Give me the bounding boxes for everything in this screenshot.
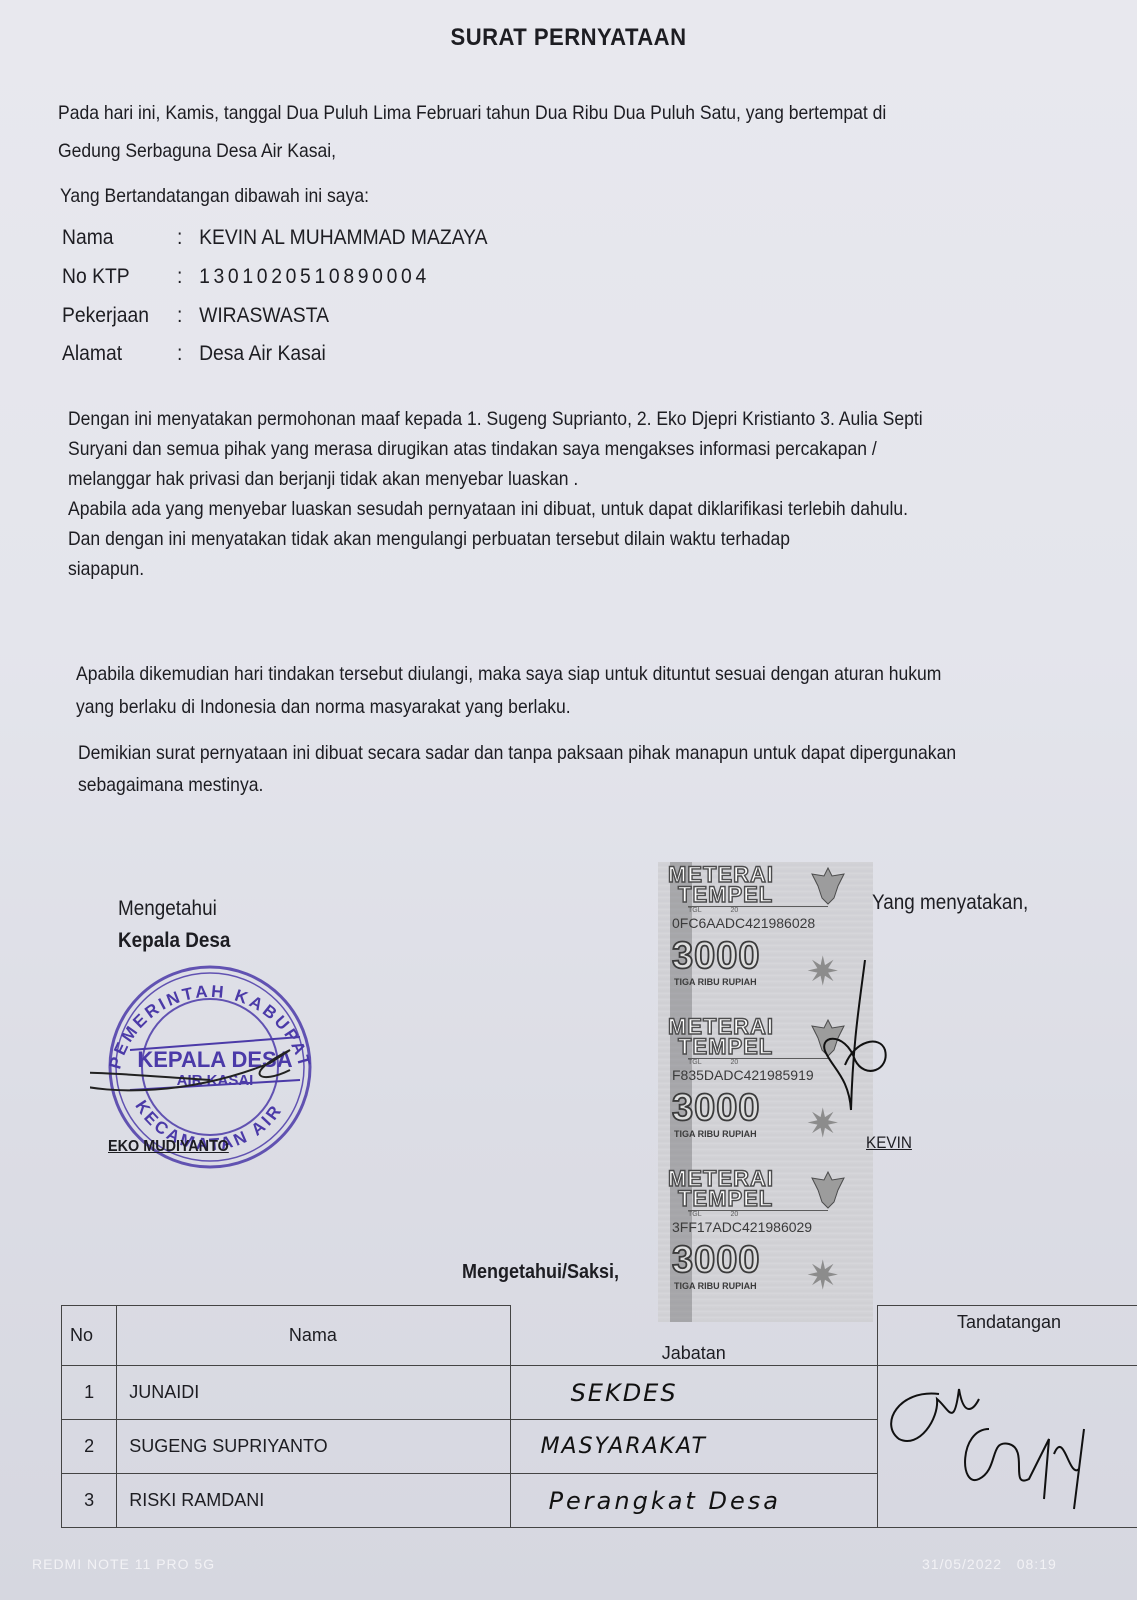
cell-no: 1 (62, 1366, 117, 1420)
statement-line-5: Dan dengan ini menyatakan tidak akan men… (68, 524, 790, 554)
cell-signatures (878, 1366, 1137, 1528)
field-label: No KTP (62, 265, 177, 289)
camera-device-watermark: REDMI NOTE 11 PRO 5G (32, 1556, 215, 1572)
garuda-emblem-icon (808, 864, 848, 908)
statement-line-2: Suryani dan semua pihak yang merasa diru… (68, 434, 877, 464)
cell-position: SEKDES (510, 1366, 877, 1420)
field-value: WIRASWASTA (199, 304, 329, 327)
document-title: SURAT PERNYATAAN (45, 24, 1091, 52)
left-sign-role: Kepala Desa (118, 926, 230, 956)
field-alamat: Alamat:Desa Air Kasai (62, 342, 326, 366)
signer-name: KEVIN (866, 1128, 912, 1158)
camera-datetime-watermark: 31/05/2022 08:19 (922, 1556, 1057, 1572)
cell-position: Perangkat Desa (510, 1474, 877, 1528)
garuda-emblem-icon (808, 1168, 848, 1212)
header-tandatangan: Tandatangan (878, 1306, 1137, 1366)
table-header-row: No Nama Jabatan Tandatangan (62, 1306, 1137, 1366)
field-value: 1301020510890004 (199, 265, 430, 288)
consequence-line-1: Apabila dikemudian hari tindakan tersebu… (76, 659, 941, 689)
field-pekerjaan: Pekerjaan:WIRASWASTA (62, 304, 329, 328)
field-label: Alamat (62, 342, 177, 366)
star-emblem-icon: ✷ (806, 1256, 840, 1296)
witness-table: No Nama Jabatan Tandatangan 1 JUNAIDI SE… (61, 1305, 1137, 1528)
field-nama: Nama:KEVIN AL MUHAMMAD MAZAYA (62, 226, 488, 250)
cell-no: 2 (62, 1420, 117, 1474)
cell-position: MASYARAKAT (510, 1420, 877, 1474)
header-jabatan: Jabatan (510, 1306, 877, 1366)
consequence-line-2: yang berlaku di Indonesia dan norma masy… (76, 692, 571, 722)
witness-signatures (879, 1369, 1137, 1519)
field-label: Pekerjaan (62, 304, 177, 328)
svg-text:KEPALA DESA: KEPALA DESA (137, 1047, 292, 1072)
field-value: Desa Air Kasai (199, 342, 326, 365)
signer-intro: Yang Bertandatangan dibawah ini saya: (60, 181, 369, 211)
field-label: Nama (62, 226, 177, 250)
table-row: 1 JUNAIDI SEKDES (62, 1366, 1137, 1420)
cell-name: RISKI RAMDANI (117, 1474, 510, 1528)
cell-no: 3 (62, 1474, 117, 1528)
witness-heading: Mengetahui/Saksi, (462, 1257, 619, 1287)
header-no: No (62, 1306, 117, 1366)
cell-name: JUNAIDI (117, 1366, 510, 1420)
field-value: KEVIN AL MUHAMMAD MAZAYA (199, 226, 487, 249)
statement-line-1: Dengan ini menyatakan permohonan maaf ke… (68, 404, 923, 434)
header-nama: Nama (117, 1306, 510, 1366)
intro-line-2: Gedung Serbaguna Desa Air Kasai, (58, 136, 336, 166)
cell-name: SUGENG SUPRIYANTO (117, 1420, 510, 1474)
village-head-name: EKO MUDIYANTO (108, 1132, 229, 1162)
left-sign-label: Mengetahui (118, 894, 217, 924)
field-ktp: No KTP:1301020510890004 (62, 265, 430, 289)
duty-stamp: METERAI TEMPEL TGL 20 3FF17ADC421986029 … (658, 1166, 873, 1318)
statement-line-6: siapapun. (68, 554, 144, 584)
statement-line-3: melanggar hak privasi dan berjanji tidak… (68, 464, 578, 494)
signer-signature (815, 960, 905, 1120)
signer-label: Yang menyatakan, (872, 888, 1028, 918)
statement-line-4: Apabila ada yang menyebar luaskan sesuda… (68, 494, 908, 524)
closing-line-1: Demikian surat pernyataan ini dibuat sec… (78, 738, 956, 768)
closing-line-2: sebagaimana mestinya. (78, 770, 263, 800)
intro-line-1: Pada hari ini, Kamis, tanggal Dua Puluh … (58, 98, 886, 128)
